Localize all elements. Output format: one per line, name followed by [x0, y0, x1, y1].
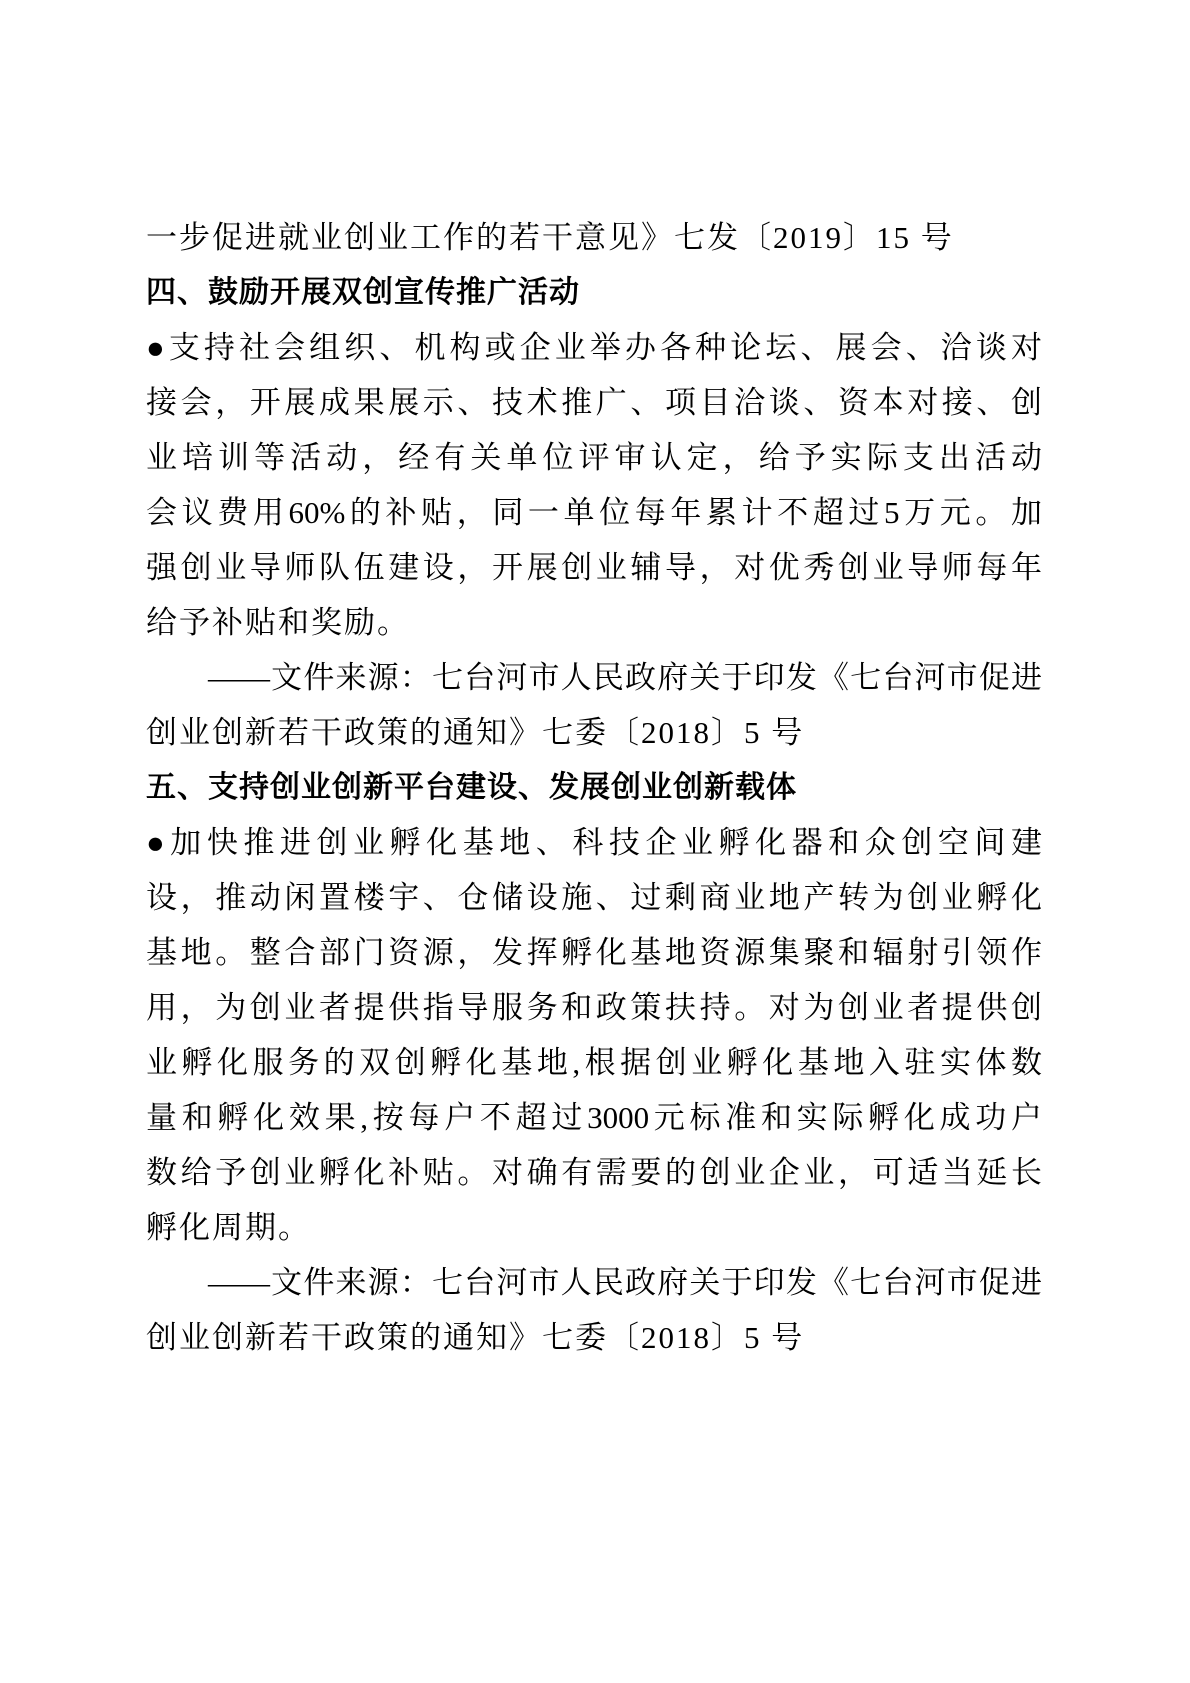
policy-paragraph-line: 接会，开展成果展示、技术推广、项目洽谈、资本对接、创 — [146, 375, 1042, 430]
document-page: 一步促进就业创业工作的若干意见》七发〔2019〕15 号 四、鼓励开展双创宣传推… — [0, 0, 1190, 1683]
policy-paragraph-line: 数给予创业孵化补贴。对确有需要的创业企业，可适当延长 — [146, 1145, 1042, 1200]
paragraph-continuation-line: 一步促进就业创业工作的若干意见》七发〔2019〕15 号 — [146, 210, 1042, 265]
source-reference-line: ——文件来源：七台河市人民政府关于印发《七台河市促进 — [146, 1255, 1042, 1310]
policy-paragraph-line: 会议费用60%的补贴，同一单位每年累计不超过5万元。加 — [146, 485, 1042, 540]
policy-paragraph-line: ●加快推进创业孵化基地、科技企业孵化器和众创空间建 — [146, 815, 1042, 870]
source-reference-line: ——文件来源：七台河市人民政府关于印发《七台河市促进 — [146, 650, 1042, 705]
source-reference-last-line: 创业创新若干政策的通知》七委〔2018〕5 号 — [146, 1310, 1042, 1365]
policy-paragraph-line: 强创业导师队伍建设，开展创业辅导，对优秀创业导师每年 — [146, 540, 1042, 595]
section-heading-five: 五、支持创业创新平台建设、发展创业创新载体 — [146, 760, 1042, 815]
policy-paragraph-line: 设，推动闲置楼宇、仓储设施、过剩商业地产转为创业孵化 — [146, 870, 1042, 925]
policy-paragraph-line: 业培训等活动，经有关单位评审认定，给予实际支出活动 — [146, 430, 1042, 485]
policy-paragraph-last-line: 孵化周期。 — [146, 1200, 1042, 1255]
policy-paragraph-line: 量和孵化效果,按每户不超过3000元标准和实际孵化成功户 — [146, 1090, 1042, 1145]
policy-paragraph-line: ●支持社会组织、机构或企业举办各种论坛、展会、洽谈对 — [146, 320, 1042, 375]
document-text-block: 一步促进就业创业工作的若干意见》七发〔2019〕15 号 四、鼓励开展双创宣传推… — [146, 210, 1042, 1365]
source-reference-last-line: 创业创新若干政策的通知》七委〔2018〕5 号 — [146, 705, 1042, 760]
policy-paragraph-last-line: 给予补贴和奖励。 — [146, 595, 1042, 650]
policy-paragraph-line: 业孵化服务的双创孵化基地,根据创业孵化基地入驻实体数 — [146, 1035, 1042, 1090]
policy-paragraph-line: 用，为创业者提供指导服务和政策扶持。对为创业者提供创 — [146, 980, 1042, 1035]
policy-paragraph-line: 基地。整合部门资源，发挥孵化基地资源集聚和辐射引领作 — [146, 925, 1042, 980]
section-heading-four: 四、鼓励开展双创宣传推广活动 — [146, 265, 1042, 320]
